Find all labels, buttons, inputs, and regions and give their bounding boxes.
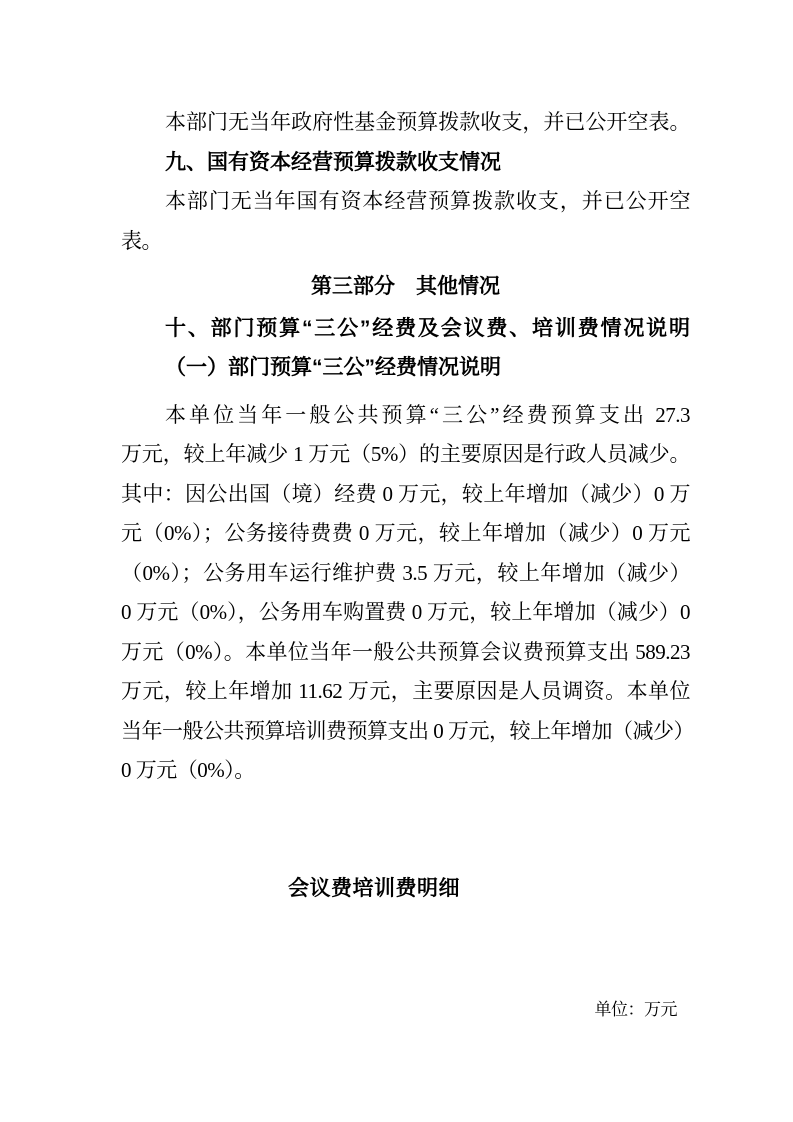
unit-label: 单位：万元	[121, 990, 690, 1030]
sangong-line: 元（0%）；公务接待费费 0 万元，较上年增加（减少）0 万元	[121, 514, 690, 554]
sangong-line: 其中：因公出国（境）经费 0 万元，较上年增加（减少）0 万	[121, 475, 690, 515]
sangong-line: 0 万元（0%），公务用车购置费 0 万元，较上年增加（减少）0	[121, 593, 690, 633]
sangong-line: 万元，较上年减少 1 万元（5%）的主要原因是行政人员减少。	[121, 435, 690, 475]
sangong-line: （0%）；公务用车运行维护费 3.5 万元，较上年增加（减少）	[121, 554, 690, 594]
document-body: 本部门无当年政府性基金预算拨款收支，并已公开空表。 九、国有资本经营预算拨款收支…	[121, 103, 690, 1030]
state-capital-note-line-2: 表。	[121, 222, 690, 262]
section-heading-ten: 十、部门预算“三公”经费及会议费、培训费情况说明	[121, 309, 690, 349]
subsection-heading-ten-one: （一）部门预算“三公”经费情况说明	[121, 348, 690, 388]
state-capital-note-line-1: 本部门无当年国有资本经营预算拨款收支，并已公开空	[121, 182, 690, 222]
sangong-line: 万元，较上年增加 11.62 万元，主要原因是人员调资。本单位	[121, 672, 690, 712]
document-page: 本部门无当年政府性基金预算拨款收支，并已公开空表。 九、国有资本经营预算拨款收支…	[0, 0, 793, 1122]
table-title: 会议费培训费明细	[288, 869, 690, 909]
gov-fund-note-line: 本部门无当年政府性基金预算拨款收支，并已公开空表。	[121, 103, 690, 143]
sangong-paragraph: 本单位当年一般公共预算“三公”经费预算支出 27.3 万元，较上年减少 1 万元…	[121, 396, 690, 791]
sangong-line: 当年一般公共预算培训费预算支出 0 万元，较上年增加（减少）	[121, 712, 690, 752]
section-heading-nine: 九、国有资本经营预算拨款收支情况	[121, 143, 690, 183]
sangong-line: 0 万元（0%）。	[121, 751, 690, 791]
sangong-line: 万元（0%）。本单位当年一般公共预算会议费预算支出 589.23	[121, 633, 690, 673]
sangong-line: 本单位当年一般公共预算“三公”经费预算支出 27.3	[121, 396, 690, 436]
part-three-title: 第三部分 其他情况	[121, 267, 690, 307]
